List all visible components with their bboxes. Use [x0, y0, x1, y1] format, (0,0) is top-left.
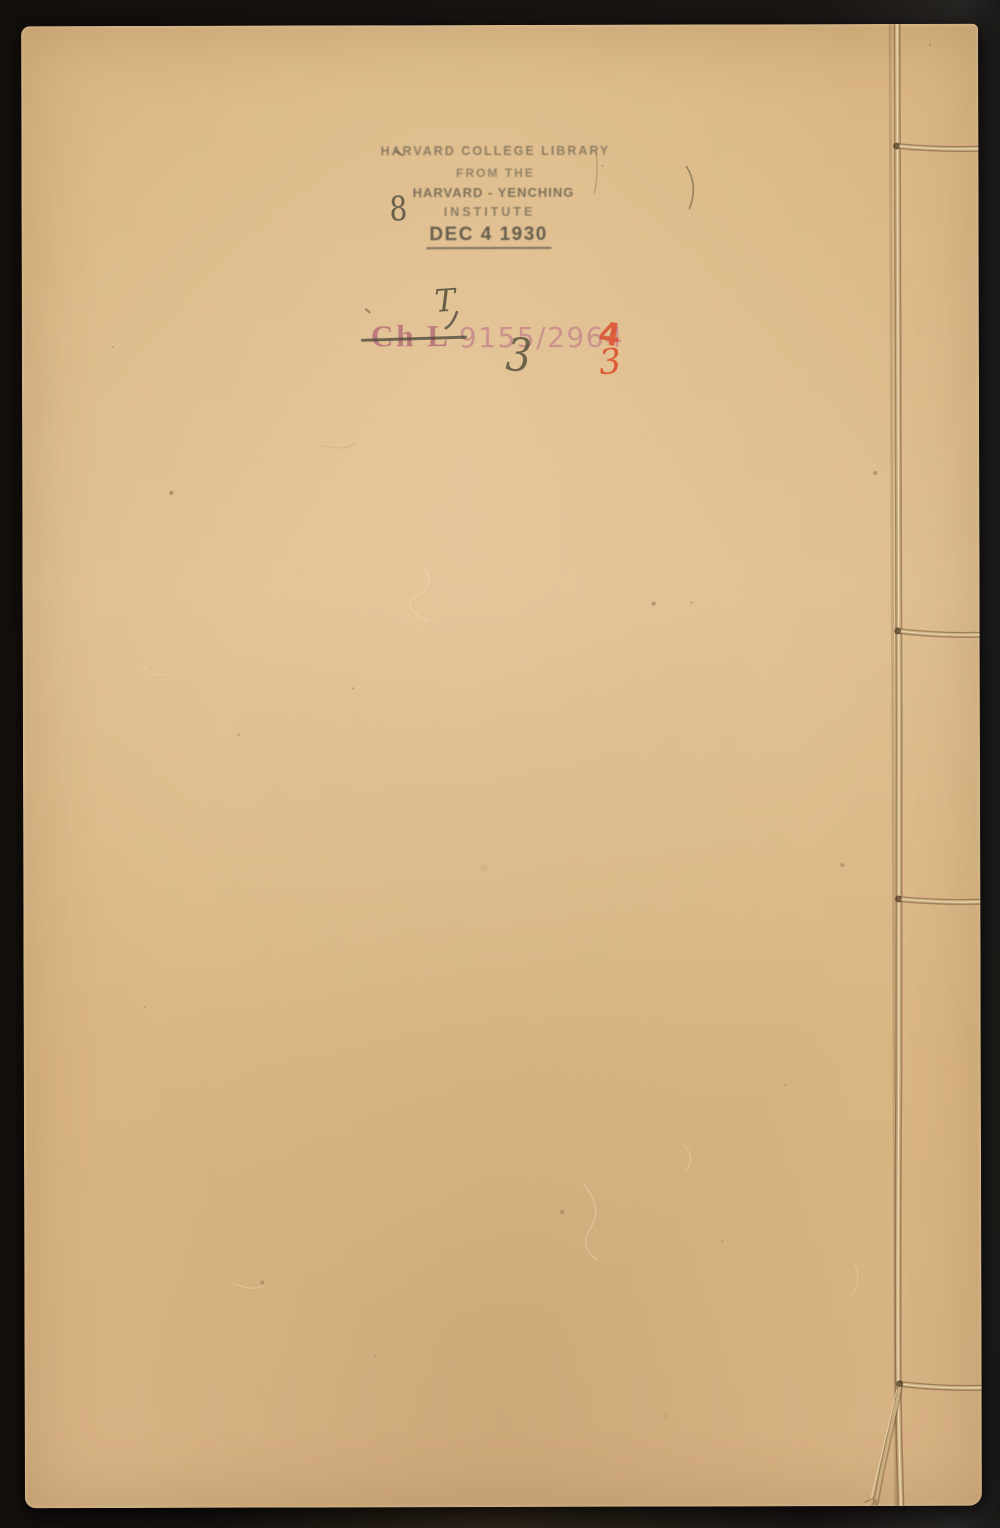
- stitch-thread-2: [898, 631, 980, 635]
- stamp-line-1: HARVARD COLLEGE LIBRARY: [380, 144, 610, 159]
- stamp-line-3: HARVARD - YENCHING: [413, 185, 575, 200]
- stamp-line-4: INSTITUTE: [444, 205, 536, 219]
- red-digit-3: 3: [597, 342, 623, 384]
- stamp-line-2: FROM THE: [456, 166, 535, 180]
- scan-background: HARVARD COLLEGE LIBRARY FROM THE HARVARD…: [0, 0, 1000, 1528]
- pencil-numeral: 8: [389, 189, 408, 230]
- pencil-digit-3: 3: [504, 329, 532, 384]
- stitch-thread-3: [898, 899, 980, 902]
- vertical-binding-thread: [895, 24, 902, 1506]
- book-cover: HARVARD COLLEGE LIBRARY FROM THE HARVARD…: [21, 24, 982, 1509]
- stitch-threads: [896, 146, 981, 1388]
- stitch-thread-4: [900, 1384, 982, 1388]
- paper-fibers: [142, 442, 858, 1296]
- paper-speckles: [21, 26, 23, 28]
- pencil-letter-t: T: [434, 282, 457, 319]
- stamp-date: DEC 4 1930: [426, 224, 551, 249]
- stitch-thread-1: [896, 146, 978, 149]
